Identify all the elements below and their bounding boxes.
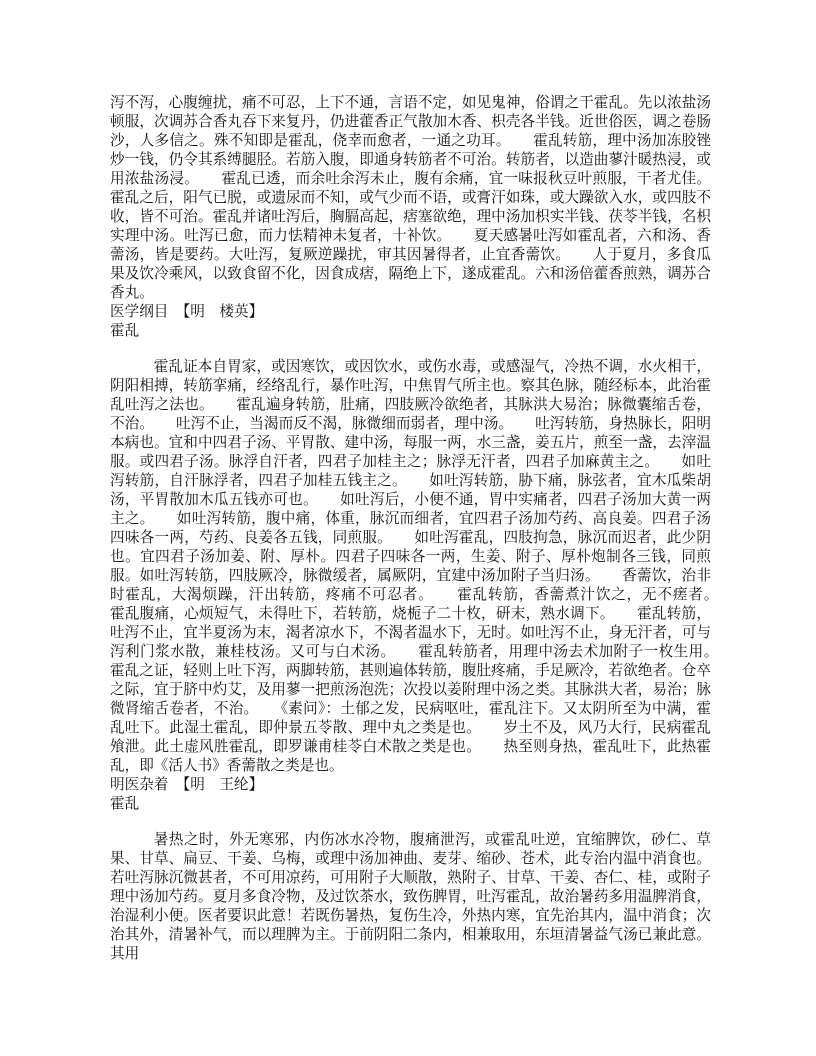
body-paragraph-yixuegangmu: 霍乱证本自胃家，或因寒饮，或因饮水，或伤水毒，或感湿气，冷热不调，水火相干，阴阳… [110,357,711,775]
source-heading-yixuegangmu: 医学纲目 【明 楼英】 [110,302,711,321]
body-paragraph-mingyizazhu: 暑热之时，外无寒邪，内伤冰水冷物，腹痛泄泻，或霍乱吐逆，宜缩脾饮，砂仁、草果、甘… [110,830,711,963]
text-column: 泻不泻，心腹缠扰，痛不可忍，上下不通，言语不定，如见鬼神，俗谓之干霍乱。先以浓盐… [110,93,711,963]
entry-heading-huoluan-2: 霍乱 [110,794,711,813]
source-heading-mingyizazhu: 明医杂着 【明 王纶】 [110,775,711,794]
document-page: 泻不泻，心腹缠扰，痛不可忍，上下不通，言语不定，如见鬼神，俗谓之干霍乱。先以浓盐… [0,0,816,1056]
entry-heading-huoluan-1: 霍乱 [110,321,711,340]
body-paragraph-continuation: 泻不泻，心腹缠扰，痛不可忍，上下不通，言语不定，如见鬼神，俗谓之干霍乱。先以浓盐… [110,93,711,302]
